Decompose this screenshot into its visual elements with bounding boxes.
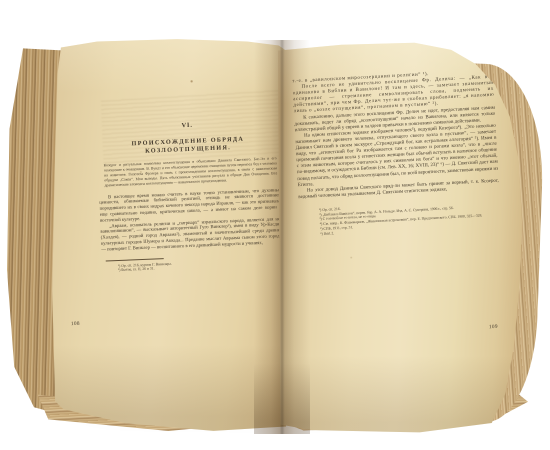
footnotes-right: ¹) Op. cit. 216. ²) „Библия и Вавилон“, … <box>299 198 501 237</box>
right-page: т.-е. в „вавилонском миросозерцании и ре… <box>278 42 522 434</box>
page-number-right: 109 <box>489 324 498 330</box>
left-page-text-block: VI. ПРОИСХОЖДЕНИЕ ОБРЯДА КОЗЛООТПУЩЕНИЯ.… <box>96 118 284 274</box>
chapter-abstract: Козерог и ритуальная символика козлоотпу… <box>104 156 278 188</box>
left-page: VI. ПРОИСХОЖДЕНИЕ ОБРЯДА КОЗЛООТПУЩЕНИЯ.… <box>44 38 286 432</box>
right-page-text-block: т.-е. в „вавилонском миросозерцании и ре… <box>292 69 501 238</box>
footnote-rule <box>106 258 164 261</box>
chapter-title: ПРОИСХОЖДЕНИЕ ОБРЯДА КОЗЛООТПУЩЕНИЯ. <box>97 134 280 158</box>
open-book-photo: VI. ПРОИСХОЖДЕНИЕ ОБРЯДА КОЗЛООТПУЩЕНИЯ.… <box>0 0 550 450</box>
page-number-left: 108 <box>71 321 80 327</box>
